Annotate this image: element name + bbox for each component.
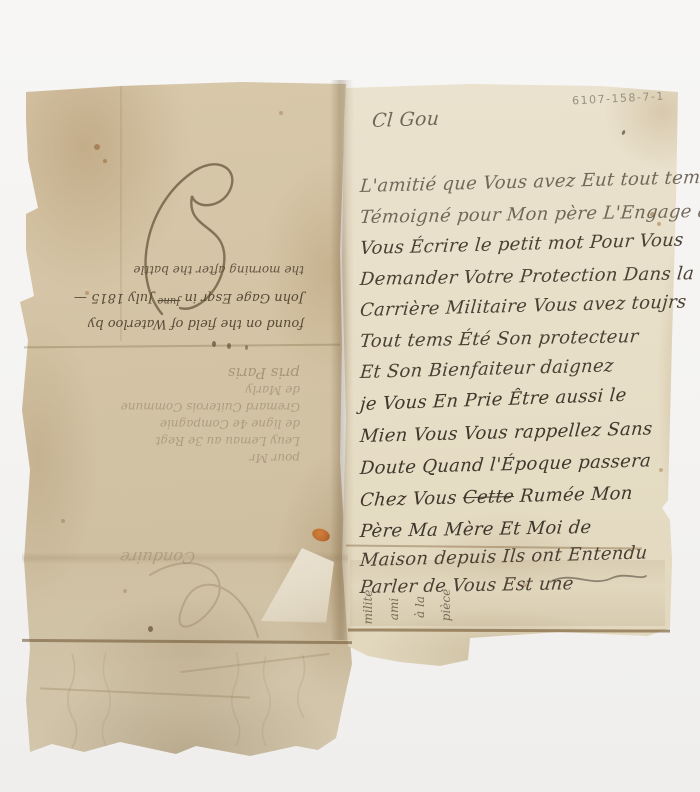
vertical-word: à la [413, 557, 427, 657]
line-segment: Rumée Mon [513, 483, 633, 507]
vertical-word: ami [387, 559, 401, 659]
letter-line: Père Ma Mère Et Moi de [359, 517, 592, 542]
waterloo-annotation: found on the field of Waterloo by John G… [34, 252, 304, 336]
vertical-word: milité [361, 557, 375, 657]
center-fold-shadow [330, 80, 354, 640]
address-block: pour Mr Leuy Lemau au 3e Regt de ligne 4… [42, 356, 300, 466]
struck-word: June [157, 287, 180, 313]
vertical-word: pièce [439, 555, 453, 655]
letter-salutation: Cl Gou [371, 108, 440, 132]
annotation-line: found on the field of Waterloo by [34, 310, 304, 336]
address-line: de Marly [42, 381, 300, 398]
address-line: de ligne 4e Compagnie [42, 415, 300, 432]
line-segment: John Gage Esqr in [180, 290, 304, 305]
address-line: Gremard Cuiterois Commune [42, 398, 300, 415]
faint-reversed-word: Conduire [119, 548, 197, 567]
line-segment: Chez Vous [359, 487, 464, 511]
address-line: pour Mr [42, 449, 300, 466]
letter-photo: 6107-158-7-1 Cl Gou L'amitié que Vous av… [0, 0, 700, 792]
address-line: pris Paris [42, 364, 300, 381]
annotation-line: the morning after the battle [34, 257, 304, 283]
struck-word: Cette [462, 486, 515, 508]
address-line: Leuy Lemau au 3e Regt [42, 432, 300, 449]
annotation-line-with-strikeout: John Gage Esqr in June July 1815 — [34, 283, 304, 310]
line-segment: July 1815 — [74, 290, 158, 305]
